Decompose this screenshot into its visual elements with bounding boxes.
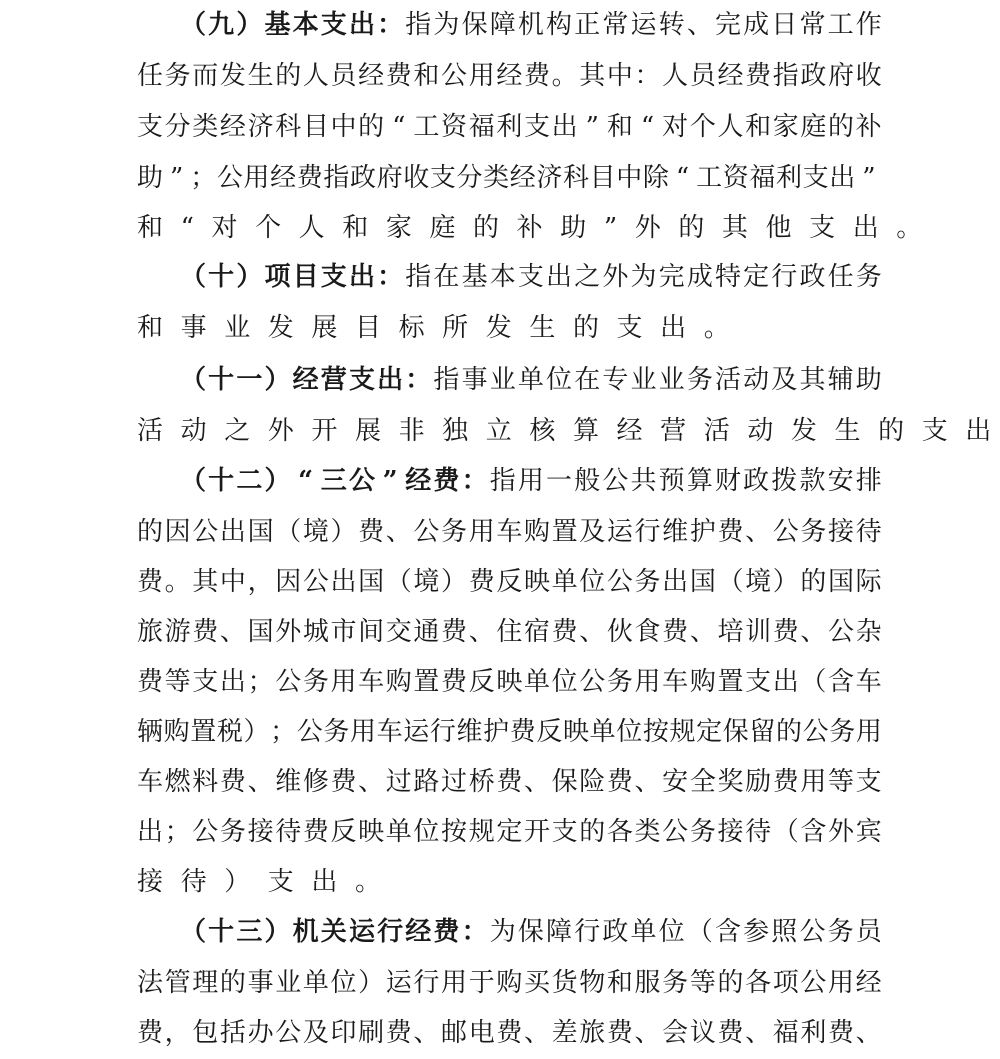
body-char: 保 xyxy=(552,757,578,808)
body-char: 接 xyxy=(828,507,854,558)
body-char: 按 xyxy=(441,807,467,858)
body-char: 类 xyxy=(483,153,509,204)
body-char: 其 xyxy=(799,355,825,406)
body-char: ； xyxy=(270,707,296,758)
body-char: （ xyxy=(773,807,799,858)
body-char: 。 xyxy=(355,857,381,908)
body-char: 务 xyxy=(828,907,854,958)
body-char: 公 xyxy=(413,507,439,558)
body-char: 位 xyxy=(330,958,356,1009)
body-char: 位 xyxy=(413,807,439,858)
body-char: 、 xyxy=(524,1008,550,1059)
body-char: 收 xyxy=(856,51,882,102)
body-char: 。 xyxy=(165,557,191,608)
body-char: 员 xyxy=(690,51,716,102)
heading-char: ” xyxy=(377,456,403,507)
body-char: 支 xyxy=(809,203,835,254)
body-char: 收 xyxy=(403,153,429,204)
text-line: 活动之外开展非独立核算经营活动发生的支出。 xyxy=(137,406,882,457)
body-char: 和 xyxy=(607,102,633,153)
body-char: 生 xyxy=(529,303,555,354)
body-char: 特 xyxy=(715,252,741,303)
body-char: 的 xyxy=(717,958,743,1009)
body-char: 指 xyxy=(490,456,516,507)
body-char: 费 xyxy=(137,1008,163,1059)
body-char: 。 xyxy=(552,51,578,102)
body-char: 行 xyxy=(635,507,661,558)
body-char: 和 xyxy=(745,102,771,153)
body-char: 的 xyxy=(573,303,599,354)
body-char: 等 xyxy=(828,757,854,808)
heading-char: 出 xyxy=(377,355,403,406)
body-char: 完 xyxy=(659,252,685,303)
body-char: 般 xyxy=(574,456,600,507)
body-char: 经 xyxy=(617,406,643,457)
body-char: 通 xyxy=(413,607,439,658)
body-char: 和 xyxy=(137,203,163,254)
body-char: 出 xyxy=(220,657,246,708)
body-char: 费 xyxy=(496,757,522,808)
body-char: 府 xyxy=(377,153,403,204)
body-char: 务 xyxy=(829,707,855,758)
body-char: “ xyxy=(181,203,194,254)
heading-char: ： xyxy=(377,0,403,51)
body-char: 接 xyxy=(717,807,743,858)
heading-char: 出 xyxy=(349,0,375,51)
body-char: 。 xyxy=(896,203,922,254)
body-char: 而 xyxy=(192,51,218,102)
body-char: （ xyxy=(275,507,301,558)
body-char: 含 xyxy=(715,907,741,958)
heading-char: 经 xyxy=(405,907,431,958)
body-char: 资 xyxy=(441,102,467,153)
body-char: 用 xyxy=(828,958,854,1009)
body-char: 外 xyxy=(275,607,301,658)
body-char: 出 xyxy=(137,807,163,858)
heading-char: 一 xyxy=(236,355,262,406)
body-char: 映 xyxy=(563,707,589,758)
body-char: 货 xyxy=(552,958,578,1009)
body-char: 定 xyxy=(696,707,722,758)
body-char: 公 xyxy=(275,657,301,708)
body-char: 行 xyxy=(574,907,600,958)
body-char: 旅 xyxy=(137,607,163,658)
body-char: 济 xyxy=(248,102,274,153)
body-char: 务 xyxy=(856,252,882,303)
body-char: 经 xyxy=(717,51,743,102)
body-char: 公 xyxy=(800,958,826,1009)
body-char: 事 xyxy=(248,958,274,1009)
text-line: 接待）支出。 xyxy=(137,857,882,908)
body-char: 工 xyxy=(696,153,722,204)
body-char: 立 xyxy=(486,406,512,457)
body-char: 的 xyxy=(828,102,854,153)
body-char: 类 xyxy=(635,807,661,858)
body-char: 正 xyxy=(574,0,600,51)
body-char: 、 xyxy=(635,757,661,808)
body-char: 出 xyxy=(662,557,688,608)
body-char: 、 xyxy=(856,1008,882,1059)
body-char: 对 xyxy=(662,102,688,153)
body-char: 理 xyxy=(192,958,218,1009)
body-char: 待 xyxy=(181,857,207,908)
body-char: 税 xyxy=(217,707,243,758)
body-char: 机 xyxy=(518,0,544,51)
heading-char: “ xyxy=(293,456,319,507)
body-char: 料 xyxy=(192,757,218,808)
text-line: 车燃料费、维修费、过路过桥费、保险费、安全奖励费用等支 xyxy=(137,757,882,808)
body-char: 其 xyxy=(579,51,605,102)
body-char: 、 xyxy=(220,607,246,658)
body-char: 的 xyxy=(800,557,826,608)
body-char: 全 xyxy=(690,757,716,808)
body-char: 因 xyxy=(275,557,301,608)
body-char: 对 xyxy=(211,203,237,254)
document-page: （九）基本支出：指为保障机构正常运转、完成日常工作任务而发生的人员经费和公用经费… xyxy=(0,0,1000,1059)
body-char: 的 xyxy=(220,958,246,1009)
text-line: 任务而发生的人员经费和公用经费。其中：人员经费指政府收 xyxy=(137,51,882,102)
body-char: 间 xyxy=(358,607,384,658)
body-char: 公 xyxy=(192,807,218,858)
body-char: 事 xyxy=(181,303,207,354)
body-char: 出 xyxy=(220,507,246,558)
body-char: 费 xyxy=(386,1008,412,1059)
body-char: 核 xyxy=(529,406,555,457)
body-char: 的 xyxy=(579,807,605,858)
body-char: 映 xyxy=(496,657,522,708)
body-char: 照 xyxy=(771,907,797,958)
body-char: 管 xyxy=(165,958,191,1009)
body-char: 为 xyxy=(631,252,657,303)
body-char: 护 xyxy=(690,507,716,558)
body-char: 生 xyxy=(835,406,861,457)
body-char: 之 xyxy=(224,406,250,457)
body-char: 支 xyxy=(137,102,163,153)
body-char: 、 xyxy=(745,507,771,558)
body-char: 路 xyxy=(413,757,439,808)
heading-char: 公 xyxy=(349,456,375,507)
heading-char: 二 xyxy=(236,456,262,507)
body-char: 购 xyxy=(164,707,190,758)
body-char: 用 xyxy=(518,456,544,507)
body-char: 分 xyxy=(457,153,483,204)
heading-char: 三 xyxy=(321,456,347,507)
body-char: 费 xyxy=(192,607,218,658)
text-line: 和事业发展目标所发生的支出。 xyxy=(137,303,882,354)
body-char: 府 xyxy=(828,51,854,102)
body-char: 转 xyxy=(659,0,685,51)
body-char: 用 xyxy=(635,657,661,708)
body-char: 算 xyxy=(687,456,713,507)
body-char: 营 xyxy=(660,406,686,457)
body-char: 福 xyxy=(749,153,775,204)
body-char: 动 xyxy=(747,406,773,457)
body-char: 购 xyxy=(690,657,716,708)
body-char: 其 xyxy=(722,203,748,254)
body-char: ） xyxy=(330,507,356,558)
body-char: 反 xyxy=(536,707,562,758)
body-char: 人 xyxy=(717,102,743,153)
body-char: 用 xyxy=(469,51,495,102)
body-char: 助 xyxy=(560,203,586,254)
body-char: 出 xyxy=(552,102,578,153)
body-char: 人 xyxy=(662,51,688,102)
body-char: 生 xyxy=(248,51,274,102)
body-char: 购 xyxy=(496,958,522,1009)
body-char: 个 xyxy=(690,102,716,153)
body-char: 费 xyxy=(828,1008,854,1059)
body-char: 、 xyxy=(635,1008,661,1059)
body-char: 及 xyxy=(303,1008,329,1059)
text-line: （十二）“三公”经费：指用一般公共预算财政拨款安排 xyxy=(180,456,882,507)
text-line: 费等支出；公务用车购置费反映单位公务用车购置支出（含车 xyxy=(137,657,882,708)
body-char: 各 xyxy=(607,807,633,858)
body-char: 费 xyxy=(469,557,495,608)
body-char: 政 xyxy=(800,51,826,102)
text-line: （十一）经营支出：指事业单位在专业业务活动及其辅助 xyxy=(180,355,882,406)
body-char: 动 xyxy=(743,355,769,406)
body-char: 费 xyxy=(220,757,246,808)
body-char: 支 xyxy=(518,252,544,303)
body-char: 非 xyxy=(399,406,425,457)
body-char: 际 xyxy=(856,557,882,608)
body-char: 在 xyxy=(574,355,600,406)
body-char: 务 xyxy=(303,657,329,708)
body-char: ） xyxy=(244,707,270,758)
body-char: 支 xyxy=(524,102,550,153)
body-char: 费 xyxy=(386,51,412,102)
heading-char: 十 xyxy=(208,355,234,406)
body-char: 置 xyxy=(717,657,743,708)
body-char: 、 xyxy=(800,607,826,658)
body-char: 费 xyxy=(662,607,688,658)
body-char: 费 xyxy=(358,507,384,558)
body-char: 国 xyxy=(828,557,854,608)
body-char: 业 xyxy=(490,355,516,406)
body-char: 位 xyxy=(546,355,572,406)
body-char: 辆 xyxy=(137,707,163,758)
heading-char: ： xyxy=(462,907,488,958)
body-char: 置 xyxy=(552,507,578,558)
body-char: 待 xyxy=(856,507,882,558)
body-char: 刷 xyxy=(358,1008,384,1059)
body-char: 支 xyxy=(192,657,218,708)
heading-char: ） xyxy=(264,456,290,507)
body-char: 运 xyxy=(403,707,429,758)
body-char: 常 xyxy=(799,0,825,51)
body-char: 的 xyxy=(776,707,802,758)
body-char: 车 xyxy=(856,657,882,708)
body-char: 交 xyxy=(386,607,412,658)
body-char: 所 xyxy=(442,303,468,354)
heading-char: 九 xyxy=(208,0,234,51)
body-char: 之 xyxy=(574,252,600,303)
body-char: 务 xyxy=(441,507,467,558)
body-char: 独 xyxy=(442,406,468,457)
body-char: 排 xyxy=(856,456,882,507)
body-char: 指 xyxy=(773,51,799,102)
heading-char: （ xyxy=(180,355,206,406)
heading-char: 机 xyxy=(293,907,319,958)
body-char: 映 xyxy=(524,557,550,608)
heading-char: （ xyxy=(180,252,206,303)
text-line: 费。其中，因公出国（境）费反映单位公务出国（境）的国际 xyxy=(137,557,882,608)
body-char: 境 xyxy=(745,557,771,608)
body-char: 展 xyxy=(355,406,381,457)
body-char: ， xyxy=(165,1008,191,1059)
body-char: 奖 xyxy=(717,757,743,808)
body-char: 费 xyxy=(297,153,323,204)
body-char: 和 xyxy=(137,303,163,354)
body-char: 工 xyxy=(413,102,439,153)
body-char: 的 xyxy=(678,203,704,254)
body-char: 运 xyxy=(607,507,633,558)
text-line: 费，包括办公及印刷费、邮电费、差旅费、会议费、福利费、 xyxy=(137,1008,882,1059)
body-char: 及 xyxy=(579,507,605,558)
heading-char: 支 xyxy=(349,355,375,406)
body-char: 公 xyxy=(662,807,688,858)
text-line: （十三）机关运行经费：为保障行政单位（含参照公务员 xyxy=(180,907,882,958)
body-char: 行 xyxy=(771,252,797,303)
text-line: （十）项目支出：指在基本支出之外为完成特定行政任务 xyxy=(180,252,882,303)
body-char: “ xyxy=(670,153,696,204)
body-char: 人 xyxy=(303,51,329,102)
body-char: 事 xyxy=(462,355,488,406)
body-char: 单 xyxy=(524,657,550,708)
body-char: 障 xyxy=(490,0,516,51)
body-char: 经 xyxy=(220,102,246,153)
body-char: 目 xyxy=(590,153,616,204)
body-char: 员 xyxy=(330,51,356,102)
body-char: ” xyxy=(579,102,605,153)
body-char: 员 xyxy=(856,907,882,958)
body-char: 车 xyxy=(377,707,403,758)
body-char: 支 xyxy=(745,657,771,708)
body-char: 外 xyxy=(635,203,661,254)
body-char: 开 xyxy=(524,807,550,858)
body-char: 其 xyxy=(192,557,218,608)
body-char: 接 xyxy=(248,807,274,858)
body-char: 费 xyxy=(330,757,356,808)
body-char: 参 xyxy=(743,907,769,958)
body-char: 活 xyxy=(137,406,163,457)
body-char: 家 xyxy=(386,203,412,254)
body-char: 维 xyxy=(457,707,483,758)
body-char: 括 xyxy=(220,1008,246,1059)
body-char: 因 xyxy=(165,507,191,558)
body-char: 反 xyxy=(496,557,522,608)
body-char: 政 xyxy=(743,456,769,507)
body-char: 外 xyxy=(602,252,628,303)
body-char: 中 xyxy=(220,557,246,608)
body-char: 运 xyxy=(386,958,412,1009)
body-char: 。 xyxy=(704,303,730,354)
body-char: 发 xyxy=(220,51,246,102)
body-char: 费 xyxy=(496,1008,522,1059)
heading-char: 本 xyxy=(293,0,319,51)
body-char: 公 xyxy=(602,456,628,507)
body-char: 指 xyxy=(405,252,431,303)
body-char: 国 xyxy=(358,557,384,608)
body-char: 运 xyxy=(631,0,657,51)
body-char: 、 xyxy=(358,757,384,808)
body-char: 障 xyxy=(546,907,572,958)
body-char: 及 xyxy=(771,355,797,406)
body-char: 车 xyxy=(358,657,384,708)
body-char: 支 xyxy=(430,153,456,204)
body-char: 外 xyxy=(268,406,294,457)
body-char: 住 xyxy=(496,607,522,658)
body-char: 目 xyxy=(355,303,381,354)
body-char: 安 xyxy=(662,757,688,808)
body-char: 包 xyxy=(192,1008,218,1059)
body-char: （ xyxy=(687,907,713,958)
heading-char: 出 xyxy=(349,252,375,303)
body-char: 资 xyxy=(723,153,749,204)
body-char: 务 xyxy=(323,707,349,758)
body-char: 完 xyxy=(715,0,741,51)
body-char: ； xyxy=(248,657,274,708)
body-char: 费 xyxy=(607,757,633,808)
heading-char: ） xyxy=(236,0,262,51)
body-char: 行 xyxy=(413,958,439,1009)
heading-char: 项 xyxy=(264,252,290,303)
body-char: 务 xyxy=(165,51,191,102)
body-char: 出 xyxy=(773,657,799,708)
body-char: 构 xyxy=(546,0,572,51)
body-char: 公 xyxy=(192,507,218,558)
body-char: 维 xyxy=(662,507,688,558)
body-char: 服 xyxy=(635,958,661,1009)
body-char: 和 xyxy=(413,51,439,102)
body-char: 的 xyxy=(137,507,163,558)
body-char: 定 xyxy=(743,252,769,303)
body-char: 任 xyxy=(137,51,163,102)
body-char: 业 xyxy=(275,958,301,1009)
heading-char: 费 xyxy=(433,456,459,507)
heading-char: ： xyxy=(405,355,431,406)
heading-char: 基 xyxy=(264,0,290,51)
body-char: 置 xyxy=(413,657,439,708)
body-char: 车 xyxy=(496,507,522,558)
body-char: 的 xyxy=(275,51,301,102)
body-char: ） xyxy=(358,958,384,1009)
body-char: 经 xyxy=(510,153,536,204)
body-char: 国 xyxy=(248,507,274,558)
body-char: 的 xyxy=(473,203,499,254)
heading-char: 支 xyxy=(321,252,347,303)
body-char: 福 xyxy=(773,1008,799,1059)
body-char: 福 xyxy=(469,102,495,153)
heading-char: 经 xyxy=(405,456,431,507)
body-char: 济 xyxy=(536,153,562,204)
body-char: ） xyxy=(441,557,467,608)
heading-char: 支 xyxy=(321,0,347,51)
body-char: 助 xyxy=(856,355,882,406)
text-line: 出；公务接待费反映单位按规定开支的各类公务接待（含外宾 xyxy=(137,807,882,858)
text-line: 和“对个人和家庭的补助”外的其他支出。 xyxy=(137,203,882,254)
body-char: 预 xyxy=(659,456,685,507)
body-char: 国 xyxy=(690,557,716,608)
text-line: 助”；公用经费指政府收支分类经济科目中除“工资福利支出” xyxy=(137,153,882,204)
body-char: 出 xyxy=(311,857,337,908)
body-char: 除 xyxy=(643,153,669,204)
heading-char: 十 xyxy=(208,252,234,303)
body-char: 务 xyxy=(635,557,661,608)
body-char: 保 xyxy=(462,0,488,51)
body-char: 开 xyxy=(311,406,337,457)
body-char: 安 xyxy=(828,456,854,507)
